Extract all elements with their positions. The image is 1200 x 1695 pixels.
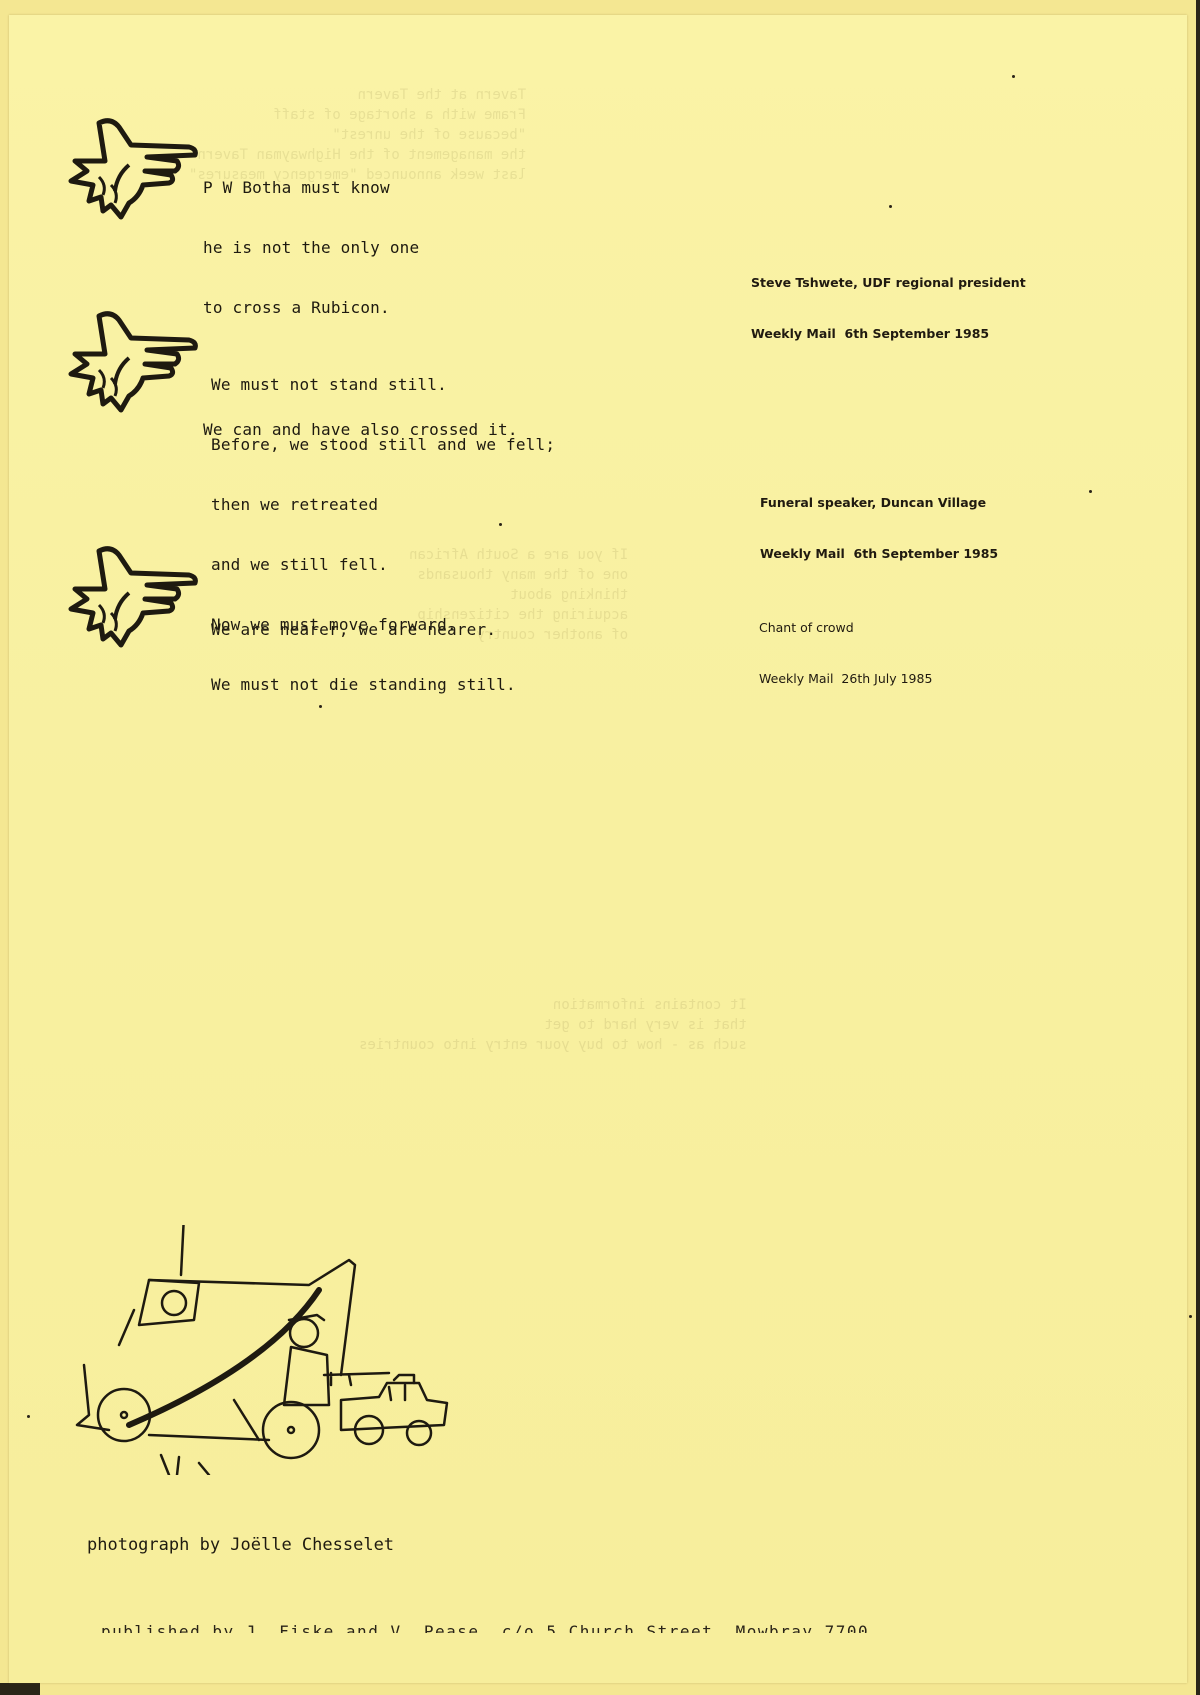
quote-line: We must not stand still. — [211, 375, 555, 395]
attribution-source: Weekly Mail 6th September 1985 — [760, 545, 998, 562]
show-through-text: It contains information that is very har… — [359, 995, 747, 1055]
quote-2-attribution: Funeral speaker, Duncan Village Weekly M… — [760, 460, 998, 596]
quote-3-attribution: Chant of crowd Weekly Mail 26th July 198… — [759, 585, 932, 721]
photo-caption: photograph by Joëlle Chesselet — [87, 1535, 394, 1555]
attribution-source: Weekly Mail 6th September 1985 — [751, 325, 1026, 342]
pointing-hand-icon — [59, 533, 209, 653]
pointing-hand-icon — [59, 105, 209, 225]
attribution-speaker: Steve Tshwete, UDF regional president — [751, 274, 1026, 291]
quote-line: Before, we stood still and we fell; — [211, 435, 555, 455]
attribution-source: Weekly Mail 26th July 1985 — [759, 670, 932, 687]
childs-drawing-armoured-vehicle — [69, 1225, 489, 1475]
publisher-footer: published by J. Fiske and V. Pease c/o 5… — [101, 1621, 869, 1633]
ink-speck — [499, 523, 502, 526]
quote-1-attribution: Steve Tshwete, UDF regional president We… — [751, 240, 1026, 376]
quote-3-text: We are nearer, we are nearer. — [211, 580, 496, 680]
page-edge-shadow-bottom — [0, 1683, 40, 1695]
quote-line: and we still fell. — [211, 555, 555, 575]
ink-speck — [1189, 1315, 1192, 1318]
ink-speck — [1012, 75, 1015, 78]
page-edge-shadow — [1196, 0, 1200, 1695]
ink-speck — [889, 205, 892, 208]
attribution-speaker: Chant of crowd — [759, 619, 932, 636]
quote-line: then we retreated — [211, 495, 555, 515]
document-page: Tavern at the Tavern Frame with a shorta… — [9, 15, 1187, 1683]
pointing-hand-icon — [59, 298, 209, 418]
ink-speck — [27, 1415, 30, 1418]
ink-speck — [319, 705, 322, 708]
attribution-speaker: Funeral speaker, Duncan Village — [760, 494, 998, 511]
quote-line: to cross a Rubicon. — [203, 298, 518, 318]
quote-line: P W Botha must know — [203, 178, 518, 198]
quote-line: We are nearer, we are nearer. — [211, 620, 496, 640]
quote-line: he is not the only one — [203, 238, 518, 258]
ink-speck — [1089, 490, 1092, 493]
